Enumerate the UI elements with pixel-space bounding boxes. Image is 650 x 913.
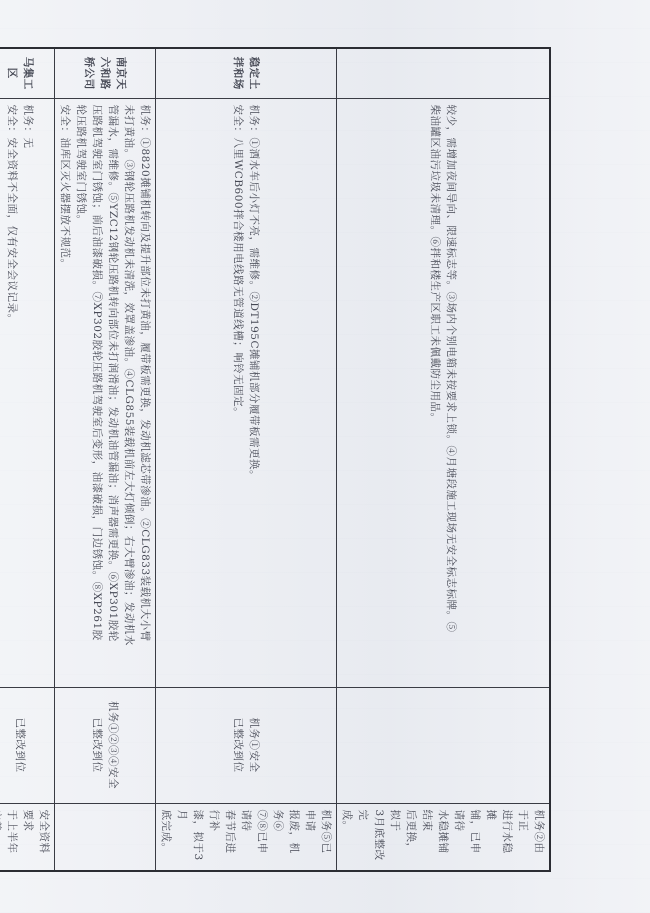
rectification-status-cell: 已整改到位 <box>0 687 55 803</box>
unit-name-cell: 马集工区 <box>0 48 55 98</box>
table-row: 较少，需增加夜间导向、限速标志等。③场内个别电箱未按要求上锁。④月塘段施工现场无… <box>337 48 551 871</box>
status-line: 已整改到位 <box>230 694 246 797</box>
rectification-status-cell: 机务①②③④安全已整改到位 <box>55 687 156 803</box>
note-line: ⑦⑧已申请待 <box>238 810 270 865</box>
note-line: 铺，已申请待 <box>451 810 483 865</box>
note-line: 成。 <box>339 810 355 865</box>
unit-name-cell: 南京天六和路桥公司 <box>55 48 156 98</box>
status-line: 机务①②③④安全 <box>105 694 121 797</box>
note-line: 机务②由于正 <box>515 810 547 865</box>
issues-cell: 机务：无安全：安全资料不全面，仅有安全会议记录。 <box>0 98 55 687</box>
note-line: 3月底整改完 <box>355 810 387 865</box>
unit-name-cell: 稳定土拌和场 <box>156 48 337 98</box>
note-line: 安全资料要求 <box>20 810 52 865</box>
inspection-table: 较少，需增加夜间导向、限速标志等。③场内个别电箱未按要求上锁。④月塘段施工现场无… <box>0 47 551 872</box>
note-line: 报废，机务⑥ <box>270 810 302 865</box>
issue-line: 安全：安全资料不全面，仅有安全会议记录。 <box>4 105 20 681</box>
note-line: 底完成。 <box>158 810 174 865</box>
issue-line: 较少，需增加夜间导向、限速标志等。③场内个别电箱未按要求上锁。④月塘段施工现场无… <box>443 105 459 681</box>
unit-name: 稳定土拌和场 <box>232 57 260 90</box>
issues-cell: 机务：①洒水车后小灯不亮，需维修。②DT195C摊铺机部分履带板需更换。安全：八… <box>156 98 337 687</box>
rectification-status-cell <box>337 687 551 803</box>
status-line: 已整改到位 <box>12 694 28 797</box>
issue-line: 机务：①8820摊铺机转向及提升部位未打黄油，履带板需更换，发动机滤芯带渗油。②… <box>137 105 153 681</box>
issue-line: 压路机驾驶室门锈蚀；前后油漆破损。⑦XP302胶轮压路机驾驶室后变形，油漆破损，… <box>89 105 105 681</box>
issues-cell: 机务：①8820摊铺机转向及提升部位未打黄油，履带板需更换，发动机滤芯带渗油。②… <box>55 98 156 687</box>
issues-cell: 较少，需增加夜间导向、限速标志等。③场内个别电箱未按要求上锁。④月塘段施工现场无… <box>337 98 551 687</box>
note-line: 进行水稳摊 <box>483 810 515 865</box>
status-line: 机务①安全 <box>246 694 262 797</box>
table-row: 马集工区机务：无安全：安全资料不全面，仅有安全会议记录。已整改到位安全资料要求于… <box>0 48 55 871</box>
rectification-status-cell: 机务①安全已整改到位 <box>156 687 337 803</box>
status-line: 已整改到位 <box>89 694 105 797</box>
inspection-report-page: 较少，需增加夜间导向、限速标志等。③场内个别电箱未按要求上锁。④月塘段施工现场无… <box>122 47 551 870</box>
note-line: 漆，拟于3月 <box>174 810 206 865</box>
issue-line: 柴油罐区油污垃圾未清理。⑥拌和楼生产区职工未佩戴防尘用品。 <box>427 105 443 681</box>
issue-line: 安全：八里WCB600拌合楼用电线路无管道线槽；响铃无固定。 <box>230 105 246 681</box>
note-line: 于上半年完善 <box>0 810 20 865</box>
unit-name-cell <box>337 48 551 98</box>
note-line: 水稳摊铺结束 <box>419 810 451 865</box>
note-line: 机务⑤已申请 <box>302 810 334 865</box>
unit-name: 南京天六和路桥公司 <box>83 57 127 90</box>
issue-line: 管漏水，需维修。⑤YZC12钢轮压路机转向部位未打润滑油；发动机油管漏油；消声器… <box>105 105 121 681</box>
issue-line: 未打黄油。③钢轮压路机发动机未清洗，效罩盖渗油。④CLG855装载机前左大灯倾倒… <box>121 105 137 681</box>
issue-line: 机务：①洒水车后小灯不亮，需维修。②DT195C摊铺机部分履带板需更换。 <box>246 105 262 681</box>
note-line: 春节后进行补 <box>206 810 238 865</box>
issue-line: 轮压路机驾驶室门锈蚀。 <box>73 105 89 681</box>
issue-line: 机务：无 <box>20 105 36 681</box>
unit-name: 马集工区 <box>6 57 34 90</box>
table-row: 南京天六和路桥公司机务：①8820摊铺机转向及提升部位未打黄油，履带板需更换，发… <box>55 48 156 871</box>
notes-cell: 机务⑤已申请报废，机务⑥⑦⑧已申请待春节后进行补漆，拟于3月底完成。 <box>156 803 337 871</box>
note-line: 后更换，拟于 <box>387 810 419 865</box>
notes-cell: 安全资料要求于上半年完善 <box>0 803 55 871</box>
notes-cell: 机务②由于正进行水稳摊铺，已申请待水稳摊铺结束后更换，拟于3月底整改完成。 <box>337 803 551 871</box>
table-row: 稳定土拌和场机务：①洒水车后小灯不亮，需维修。②DT195C摊铺机部分履带板需更… <box>156 48 337 871</box>
issue-line: 安全：油库区灭火器摆放不规范。 <box>57 105 73 681</box>
notes-cell <box>55 803 156 871</box>
rotated-table-wrapper: 较少，需增加夜间导向、限速标志等。③场内个别电箱未按要求上锁。④月塘段施工现场无… <box>122 47 551 870</box>
